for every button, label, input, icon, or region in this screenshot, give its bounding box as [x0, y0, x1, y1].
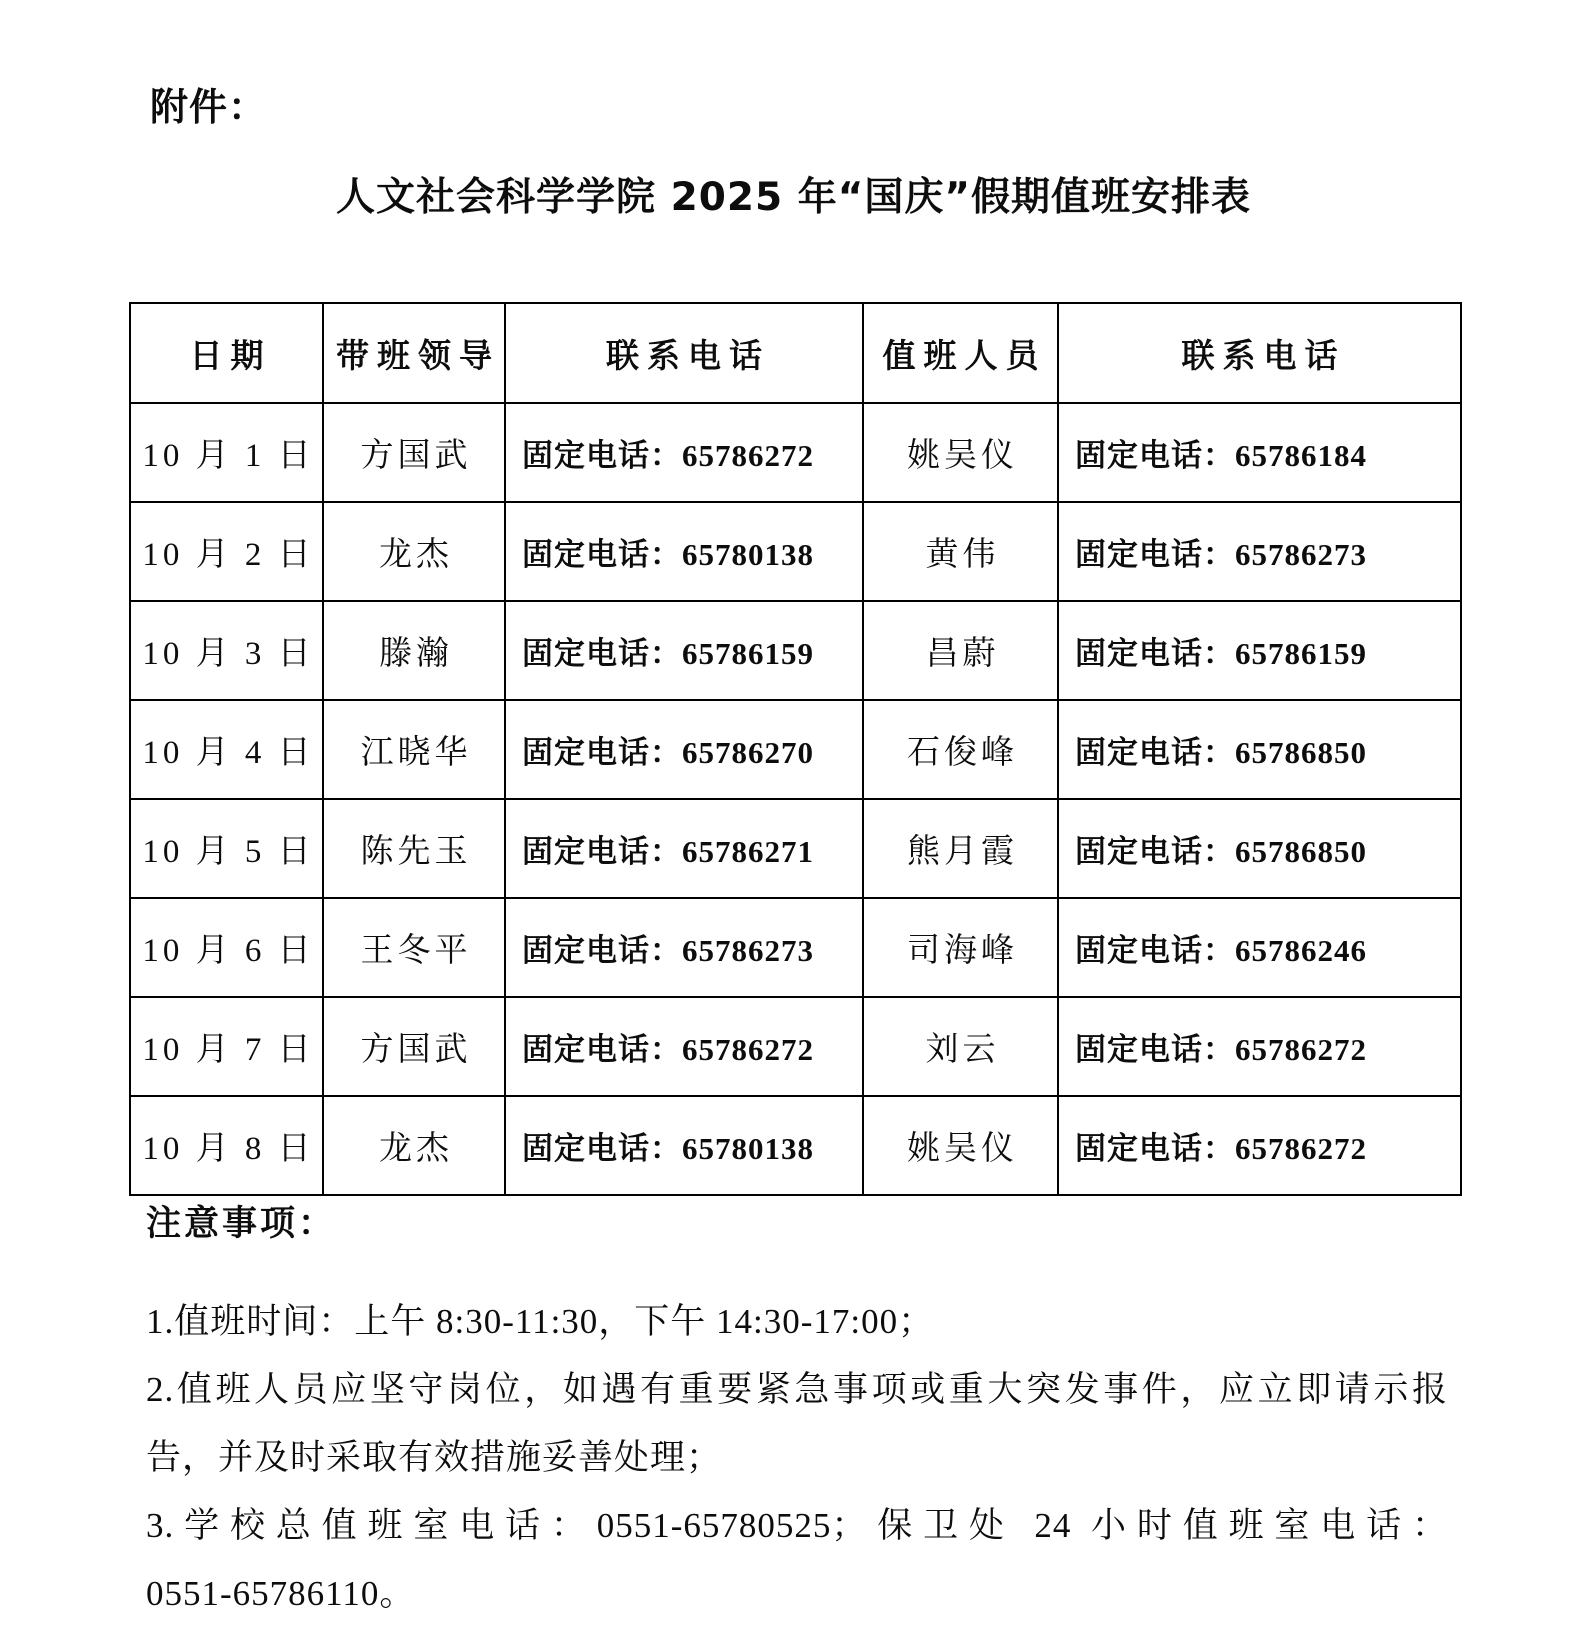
duty-phone-cell: 固定电话：65786272 [1058, 997, 1461, 1096]
leader-cell: 滕瀚 [323, 601, 505, 700]
column-header: 联系电话 [1058, 303, 1461, 403]
duty-phone-cell: 固定电话：65786273 [1058, 502, 1461, 601]
page-title: 人文社会科学学院 2025 年“国庆”假期值班安排表 [0, 166, 1587, 222]
date-cell: 10 月 2 日 [130, 502, 323, 601]
leader-cell: 陈先玉 [323, 799, 505, 898]
note-line: 3.学校总值班室电话：0551-65780525；保卫处 24 小时值班室电话： [146, 1492, 1448, 1560]
table-body: 10 月 1 日 方国武 固定电话：65786272 姚吴仪 固定电话：6578… [130, 403, 1461, 1195]
table-row: 10 月 4 日 江晓华 固定电话：65786270 石俊峰 固定电话：6578… [130, 700, 1461, 799]
leader-phone-cell: 固定电话：65786272 [505, 403, 863, 502]
table-row: 10 月 1 日 方国武 固定电话：65786272 姚吴仪 固定电话：6578… [130, 403, 1461, 502]
table-row: 10 月 3 日 滕瀚 固定电话：65786159 昌蔚 固定电话：657861… [130, 601, 1461, 700]
duty-phone-cell: 固定电话：65786184 [1058, 403, 1461, 502]
leader-cell: 方国武 [323, 403, 505, 502]
date-cell: 10 月 5 日 [130, 799, 323, 898]
leader-phone-cell: 固定电话：65780138 [505, 1096, 863, 1195]
notes-list: 1.值班时间：上午 8:30-11:30，下午 14:30-17:00；2.值班… [146, 1288, 1448, 1628]
date-cell: 10 月 1 日 [130, 403, 323, 502]
leader-phone-cell: 固定电话：65786271 [505, 799, 863, 898]
leader-cell: 龙杰 [323, 1096, 505, 1195]
duty-schedule-table: 日期带班领导联系电话值班人员联系电话 10 月 1 日 方国武 固定电话：657… [129, 302, 1462, 1196]
table-row: 10 月 5 日 陈先玉 固定电话：65786271 熊月霞 固定电话：6578… [130, 799, 1461, 898]
note-line: 0551-65786110。 [146, 1560, 1448, 1628]
column-header: 联系电话 [505, 303, 863, 403]
attachment-label: 附件： [150, 76, 267, 131]
duty-person-cell: 姚吴仪 [863, 403, 1058, 502]
table-row: 10 月 7 日 方国武 固定电话：65786272 刘云 固定电话：65786… [130, 997, 1461, 1096]
document-page: 附件： 人文社会科学学院 2025 年“国庆”假期值班安排表 日期带班领导联系电… [0, 0, 1587, 1650]
date-cell: 10 月 6 日 [130, 898, 323, 997]
column-header: 日期 [130, 303, 323, 403]
duty-phone-cell: 固定电话：65786850 [1058, 700, 1461, 799]
duty-phone-cell: 固定电话：65786159 [1058, 601, 1461, 700]
leader-cell: 方国武 [323, 997, 505, 1096]
date-cell: 10 月 4 日 [130, 700, 323, 799]
date-cell: 10 月 7 日 [130, 997, 323, 1096]
leader-cell: 龙杰 [323, 502, 505, 601]
duty-person-cell: 石俊峰 [863, 700, 1058, 799]
column-header: 带班领导 [323, 303, 505, 403]
note-line: 告，并及时采取有效措施妥善处理； [146, 1424, 1448, 1492]
table-row: 10 月 8 日 龙杰 固定电话：65780138 姚吴仪 固定电话：65786… [130, 1096, 1461, 1195]
duty-person-cell: 昌蔚 [863, 601, 1058, 700]
leader-phone-cell: 固定电话：65786273 [505, 898, 863, 997]
duty-person-cell: 姚吴仪 [863, 1096, 1058, 1195]
duty-person-cell: 黄伟 [863, 502, 1058, 601]
note-line: 1.值班时间：上午 8:30-11:30，下午 14:30-17:00； [146, 1288, 1448, 1356]
leader-cell: 江晓华 [323, 700, 505, 799]
duty-phone-cell: 固定电话：65786850 [1058, 799, 1461, 898]
column-header: 值班人员 [863, 303, 1058, 403]
notes-title: 注意事项： [146, 1196, 1448, 1246]
duty-person-cell: 熊月霞 [863, 799, 1058, 898]
duty-person-cell: 刘云 [863, 997, 1058, 1096]
notes-section: 注意事项： 1.值班时间：上午 8:30-11:30，下午 14:30-17:0… [146, 1196, 1448, 1628]
leader-phone-cell: 固定电话：65786272 [505, 997, 863, 1096]
duty-person-cell: 司海峰 [863, 898, 1058, 997]
leader-phone-cell: 固定电话：65786270 [505, 700, 863, 799]
table-row: 10 月 2 日 龙杰 固定电话：65780138 黄伟 固定电话：657862… [130, 502, 1461, 601]
duty-phone-cell: 固定电话：65786272 [1058, 1096, 1461, 1195]
date-cell: 10 月 3 日 [130, 601, 323, 700]
table-row: 10 月 6 日 王冬平 固定电话：65786273 司海峰 固定电话：6578… [130, 898, 1461, 997]
leader-cell: 王冬平 [323, 898, 505, 997]
leader-phone-cell: 固定电话：65780138 [505, 502, 863, 601]
table-header-row: 日期带班领导联系电话值班人员联系电话 [130, 303, 1461, 403]
date-cell: 10 月 8 日 [130, 1096, 323, 1195]
leader-phone-cell: 固定电话：65786159 [505, 601, 863, 700]
note-line: 2.值班人员应坚守岗位，如遇有重要紧急事项或重大突发事件，应立即请示报 [146, 1356, 1448, 1424]
duty-phone-cell: 固定电话：65786246 [1058, 898, 1461, 997]
